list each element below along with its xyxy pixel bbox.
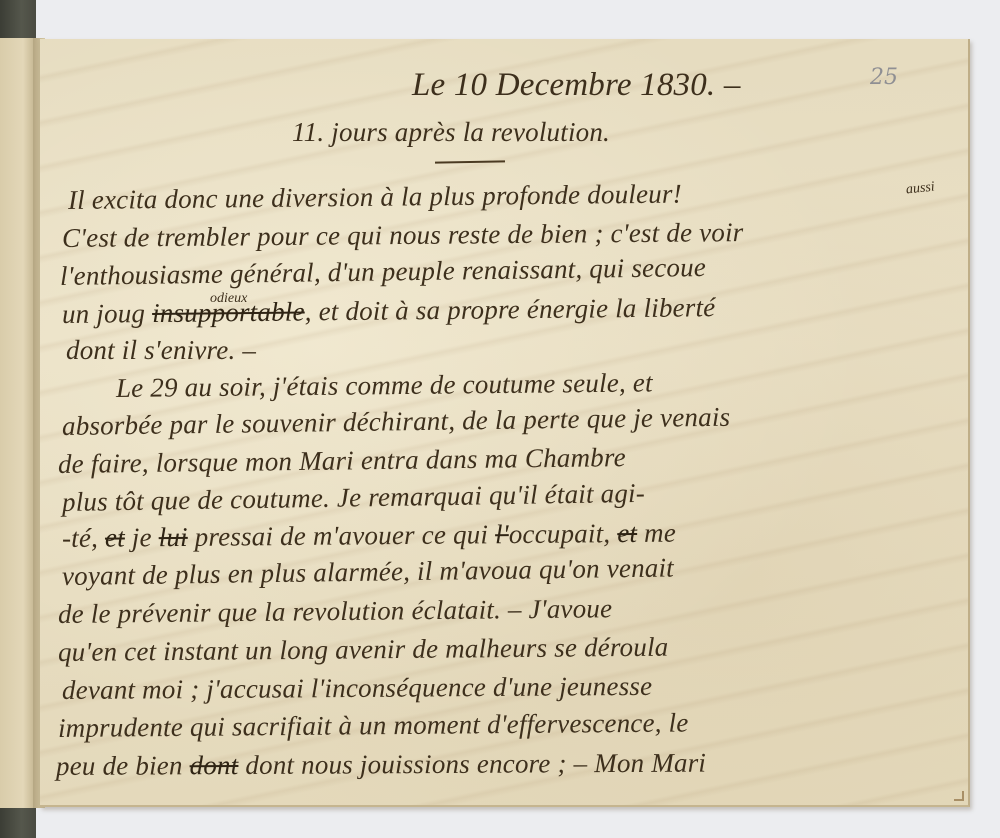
line-16-text-a: peu de bien	[56, 750, 190, 781]
manuscript-line-8: de faire, lorsque mon Mari entra dans ma…	[58, 442, 626, 480]
interlinear-aussi: aussi	[905, 180, 935, 199]
struck-word: l'	[495, 519, 509, 549]
struck-word: et	[617, 518, 637, 548]
manuscript-line-12: de le prévenir que la revolution éclatai…	[58, 593, 613, 630]
manuscript-line-6: Le 29 au soir, j'étais comme de coutume …	[116, 367, 653, 404]
page-corner-fold	[954, 791, 964, 801]
line-10-text-e: me	[637, 518, 676, 548]
struck-word: dont	[190, 750, 239, 780]
line-10-text-a: -té,	[62, 523, 105, 553]
previous-page-edge	[0, 38, 34, 808]
manuscript-line-14: devant moi ; j'accusai l'inconséquence d…	[62, 671, 652, 706]
line-4-text-a: un joug	[62, 298, 152, 329]
manuscript-line-7: absorbée par le souvenir déchirant, de l…	[62, 402, 731, 442]
heading-underline	[435, 160, 505, 163]
manuscript-line-13: qu'en cet instant un long avenir de malh…	[58, 632, 669, 668]
manuscript-line-3: l'enthousiasme général, d'un peuple rena…	[60, 252, 706, 292]
manuscript-line-1: Il excita donc une diversion à la plus p…	[68, 179, 682, 216]
manuscript-line-2: C'est de trembler pour ce qui nous reste…	[62, 217, 744, 254]
manuscript-line-15: imprudente qui sacrifiait à un moment d'…	[58, 707, 689, 744]
line-10-text-d: occupait,	[509, 518, 618, 549]
struck-word: lui	[159, 522, 188, 552]
manuscript-line-4: un joug insupportable, et doit à sa prop…	[62, 292, 716, 330]
manuscript-line-10: -té, et je lui pressai de m'avouer ce qu…	[62, 518, 676, 554]
scan-scene: 25 Le 10 Decembre 1830. – 11. jours aprè…	[0, 0, 1000, 838]
line-4-text-b: , et doit à sa propre énergie la liberté	[305, 292, 716, 326]
line-16-text-b: dont nous jouissions encore ; – Mon Mari	[238, 748, 706, 780]
manuscript-line-16: peu de bien dont dont nous jouissions en…	[56, 748, 706, 782]
manuscript-page: 25 Le 10 Decembre 1830. – 11. jours aprè…	[40, 39, 970, 807]
manuscript-line-5: dont il s'enivre. –	[66, 335, 256, 366]
manuscript-line-11: voyant de plus en plus alarmée, il m'avo…	[62, 552, 674, 592]
struck-word: insupportable	[152, 296, 305, 328]
entry-date-heading: Le 10 Decembre 1830. –	[412, 67, 741, 104]
line-10-text-c: pressai de m'avouer ce qui	[188, 519, 496, 552]
folio-number: 25	[870, 65, 898, 90]
manuscript-line-9: plus tôt que de coutume. Je remarquai qu…	[62, 478, 645, 518]
entry-subtitle: 11. jours après la revolution.	[292, 117, 610, 148]
struck-word: et	[105, 522, 125, 552]
line-10-text-b: je	[125, 522, 159, 552]
